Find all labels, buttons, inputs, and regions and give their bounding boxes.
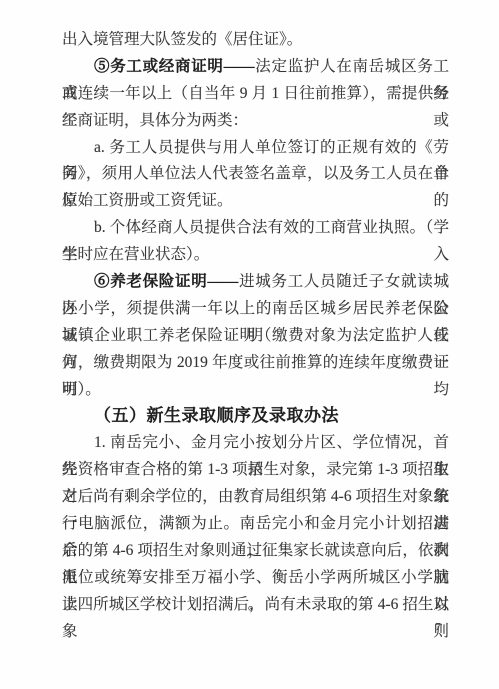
text-line: 派位或统筹安排至万福小学、衡岳小学两所城区小学就读。以 — [62, 565, 449, 592]
text-line: 出入境管理大队签发的《居住证》。 — [62, 27, 449, 54]
text-segment: 方，缴费期限为 2019 年度或往前推算的连续年度缴费证明均 — [62, 354, 449, 398]
text-line: 方，缴费期限为 2019 年度或往前推算的连续年度缴费证明均 — [62, 350, 449, 377]
text-line: 余的第 4-6 项招生对象则通过征集家长就读意向后，依次电脑 — [62, 538, 449, 565]
text-line: ⑤务工或经商证明——法定监护人在南岳城区务工或经 — [62, 54, 449, 81]
bold-text-segment: （五）新生录取顺序及录取办法 — [94, 406, 339, 425]
text-line: 1. 南岳完小、金月完小按划分片区、学位情况，首先录取 — [62, 430, 449, 457]
text-line: 商连续一年以上（自当年 9 月 1 日往前推算），需提供务工或 — [62, 81, 449, 108]
section-heading: （五）新生录取顺序及录取办法 — [62, 403, 449, 430]
text-line: 上四所城区学校计划招满后，尚有未录取的第 4-6 招生对象则 — [62, 592, 449, 619]
bold-text-segment: ⑥养老保险证明—— — [94, 273, 238, 290]
text-line: a. 务工人员提供与用人单位签订的正规有效的《劳务合 — [62, 135, 449, 162]
text-segment: 出入境管理大队签发的《居住证》。 — [62, 31, 302, 48]
text-segment: 可）。 — [62, 381, 101, 398]
bold-text-segment: ⑤务工或经商证明—— — [94, 58, 255, 75]
text-line: 同》，须用人单位法人代表签名盖章，以及务工人员在单位的 — [62, 161, 449, 188]
text-segment: 原始工资册或工资凭证。 — [62, 192, 233, 209]
text-segment: 学时应在营业状态）。 — [62, 246, 209, 263]
text-segment: 经商证明，具体分为两类： — [62, 112, 248, 129]
text-block: 出入境管理大队签发的《居住证》。⑤务工或经商证明——法定监护人在南岳城区务工或经… — [62, 27, 449, 619]
text-line: 办小学，须提供满一年以上的南岳区城乡居民养老保险证明或 — [62, 296, 449, 323]
text-segment: 上四所城区学校计划招满后，尚有未录取的第 4-6 招生对象则 — [62, 596, 449, 640]
text-line: 之后尚有剩余学位的，由教育局组织第 4-6 项招生对象统一进 — [62, 484, 449, 511]
page-number: 7 — [430, 621, 446, 633]
text-line: 经资格审查合格的第 1-3 项招生对象，录完第 1-3 项招生对象 — [62, 457, 449, 484]
text-line: ⑥养老保险证明——进城务工人员随迁子女就读城区公 — [62, 269, 449, 296]
text-line: 城镇企业职工养老保险证明（缴费对象为法定监护人任何一 — [62, 323, 449, 350]
text-line: b. 个体经商人员提供合法有效的工商营业执照。（学生入 — [62, 215, 449, 242]
text-line: 行电脑派位，满额为止。南岳完小和金月完小计划招满后，剩 — [62, 511, 449, 538]
document-page: 出入境管理大队签发的《居住证》。⑤务工或经商证明——法定监护人在南岳城区务工或经… — [0, 0, 499, 689]
